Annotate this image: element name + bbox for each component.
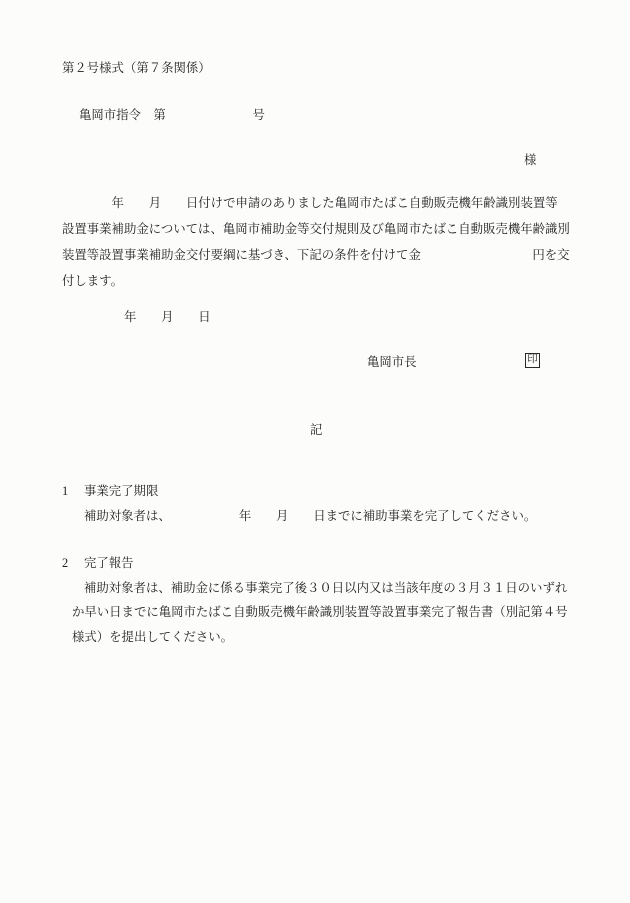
form-number: 第２号様式（第７条関係）	[62, 61, 211, 75]
addressee-honorific: 様	[524, 153, 536, 167]
section-2-body-line-3: 様式）を提出してください。	[72, 630, 233, 644]
section-2-title: 完了報告	[84, 556, 134, 570]
section-2-body-line-1: 補助対象者は、補助金に係る事業完了後３０日以内又は当該年度の３月３１日のいずれ	[84, 581, 567, 595]
section-2-number: 2	[62, 556, 68, 570]
document-page: 第２号様式（第７条関係） 亀岡市指令 第 号 様 年 月 日付けで申請のありまし…	[0, 0, 630, 903]
record-heading: 記	[310, 423, 322, 437]
main-paragraph-line-3: 装置等設置事業補助金交付要綱に基づき、下記の条件を付けて金 円を交	[62, 248, 570, 262]
main-paragraph-line-2: 設置事業補助金については、亀岡市補助金等交付規則及び亀岡市たばこ自動販売機年齢識…	[62, 222, 570, 236]
main-paragraph-line-4: 付します。	[62, 274, 123, 288]
mayor-signature-title: 亀岡市長	[367, 355, 417, 369]
section-2-body-line-2: か早い日までに亀岡市たばこ自動販売機年齢識別装置等設置事業完了報告書（別記第４号	[72, 605, 568, 619]
directive-number-line: 亀岡市指令 第 号	[79, 108, 265, 122]
main-paragraph-line-1: 年 月 日付けで申請のありました亀岡市たばこ自動販売機年齢識別装置等	[62, 196, 558, 210]
issue-date-line: 年 月 日	[62, 310, 211, 324]
section-1-number: 1	[62, 484, 68, 498]
section-1-body-line-1: 補助対象者は、 年 月 日までに補助事業を完了してください。	[84, 509, 536, 523]
seal-mark-character: 印	[527, 355, 538, 366]
official-seal-icon: 印	[525, 353, 540, 368]
section-1-title: 事業完了期限	[84, 484, 158, 498]
